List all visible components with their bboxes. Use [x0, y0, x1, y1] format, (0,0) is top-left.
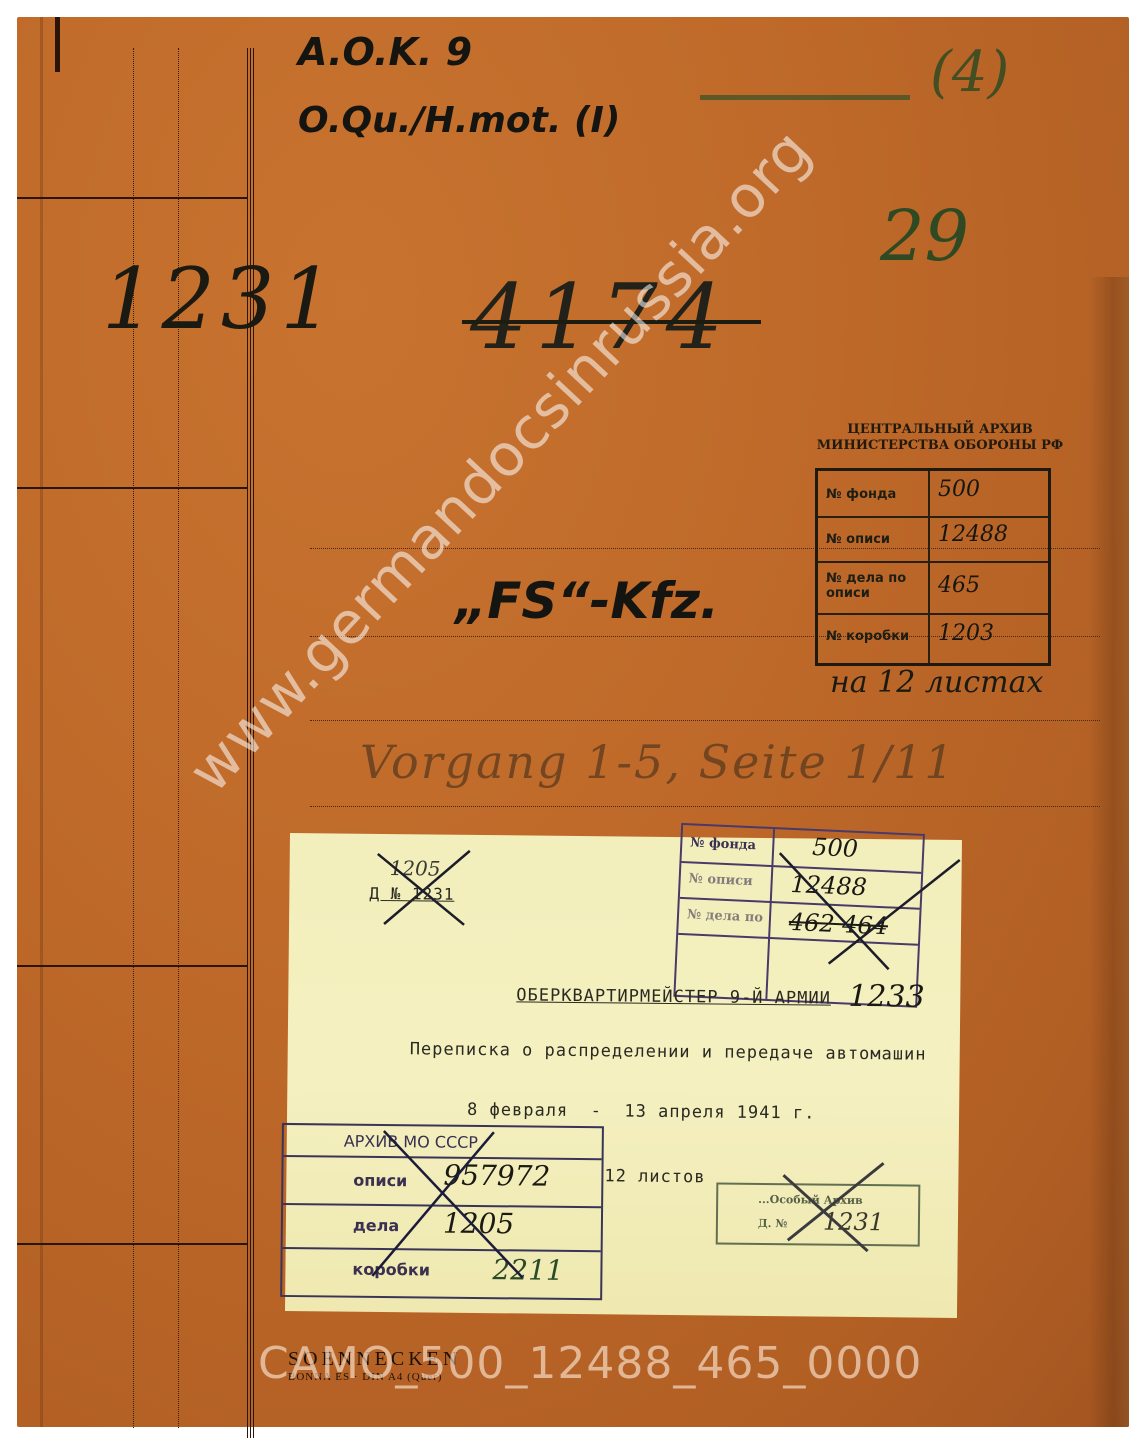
archive-stamp-header: ЦЕНТРАЛЬНЫЙ АРХИВ МИНИСТЕРСТВА ОБОРОНЫ Р…: [815, 422, 1065, 454]
stamp-value: 1203: [938, 621, 994, 646]
ruled-row-line: [17, 1243, 247, 1245]
folder-crease: [40, 17, 43, 1427]
inner-stamp-label: № дела по: [687, 907, 764, 925]
stamp-value: 465: [938, 573, 980, 598]
inner-stamp-label: № описи: [688, 871, 753, 889]
ruled-row-line: [17, 487, 247, 489]
old-archive-stamp: АРХИВ МО СССР описи дела коробки 957972 …: [280, 1123, 604, 1300]
archive-stamp-title-1: ЦЕНТРАЛЬНЫЙ АРХИВ: [815, 422, 1065, 438]
stamp-label: № коробки: [826, 629, 909, 644]
card-title-number: 1233: [848, 979, 925, 1015]
stamp-value: 12488: [938, 522, 1008, 547]
archive-label-card: 1205 Д № 1231 № фонда № описи № дела по …: [285, 833, 962, 1318]
file-number: 1231: [102, 250, 340, 348]
pencil-page-note: Vorgang 1-5, Seite 1/11: [360, 735, 956, 789]
card-description: Переписка о распределении и передаче авт…: [410, 1039, 927, 1064]
folder-subject: „FS“-Kfz.: [455, 572, 719, 630]
stamp-row-box: № коробки 1203: [818, 613, 1048, 660]
archive-stamp-title-2: МИНИСТЕРСТВА ОБОРОНЫ РФ: [815, 438, 1065, 454]
card-sheet-count: 12 листов: [604, 1166, 705, 1187]
green-number: 29: [880, 195, 969, 277]
header-department: O.Qu./H.mot. (I): [298, 100, 620, 141]
green-underline: [700, 95, 910, 100]
card-title: ОБЕРКВАРТИРМЕЙСТЕР 9-Й АРМИИ: [516, 985, 831, 1008]
ruled-line: [310, 806, 1100, 807]
cross-out-mark: [342, 1126, 544, 1298]
ruled-row-line: [17, 965, 247, 967]
stamp-label: № дела по описи: [826, 571, 926, 601]
stamp-row-fond: № фонда 500: [818, 471, 1048, 518]
ruled-line: [310, 720, 1100, 721]
central-archive-stamp: № фонда 500 № описи 12488 № дела по опис…: [815, 468, 1051, 666]
folder-tear: [55, 17, 60, 72]
header-army-unit: A.O.K. 9: [298, 30, 472, 74]
stamp-row-opis: № описи 12488: [818, 516, 1048, 563]
stamp-value: 500: [938, 477, 980, 502]
folder-worn-edge: [1089, 277, 1129, 1427]
ruled-row-line: [17, 197, 247, 199]
case-reference: Д № 1231: [369, 884, 454, 904]
inner-stamp-label: № фонда: [690, 835, 756, 853]
cross-out-mark: [778, 1160, 889, 1256]
sheets-count-note: на 12 листах: [830, 665, 1043, 700]
card-date-range: 8 февраля - 13 апреля 1941 г.: [467, 1100, 815, 1124]
stamp-label: № фонда: [826, 487, 896, 502]
stamp-row-delo: № дела по описи 465: [818, 561, 1048, 615]
faded-green-note: (4): [930, 40, 1009, 105]
corner-archive-stamp: ...Особый Архив Д. № 1231: [716, 1182, 921, 1246]
cross-out-mark: [769, 838, 970, 980]
stamp-label: № описи: [826, 532, 890, 547]
archive-id-watermark: CAMO_500_12488_465_0000: [258, 1338, 922, 1389]
